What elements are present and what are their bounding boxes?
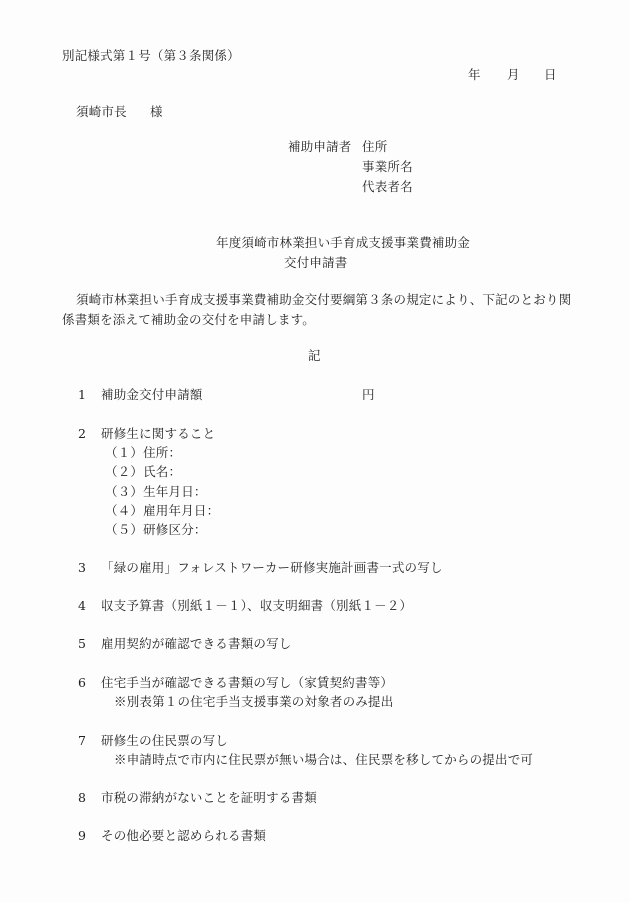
body-line1: 須崎市林業担い手育成支援事業費補助金交付要綱第３条の規定により、下記のとおり関 xyxy=(76,292,571,308)
subitem-name: （２）氏名： xyxy=(105,464,181,480)
applicant-address-label: 住所 xyxy=(362,139,387,155)
item-text: 市税の滞納がないことを証明する書類 xyxy=(101,790,317,806)
item-number: 8 xyxy=(78,790,86,806)
document-title-line2: 交付申請書 xyxy=(284,255,348,271)
item-number: 4 xyxy=(78,598,86,614)
subitem-birthdate: （３）生年月日： xyxy=(105,484,207,500)
yen-suffix: 円 xyxy=(362,387,375,403)
item-text: 収支予算書（別紙１－１）、収支明細書（別紙１－２） xyxy=(101,598,412,614)
item-text: その他必要と認められる書類 xyxy=(101,828,266,844)
item-number: 9 xyxy=(78,828,86,844)
subitem-employment-date: （４）雇用年月日： xyxy=(105,503,219,519)
item-text: 補助金交付申請額 xyxy=(101,387,203,403)
subitem-address: （１）住所： xyxy=(105,445,181,461)
item-text: 研修生に関すること xyxy=(101,426,215,442)
addressee-name: 須崎市長 xyxy=(76,104,127,120)
addressee-honorific: 様 xyxy=(150,104,163,120)
document-title-line1: 年度須崎市林業担い手育成支援事業費補助金 xyxy=(216,235,470,251)
item-text: 住宅手当が確認できる書類の写し（家賃契約書等） xyxy=(101,675,393,691)
item-note: ※申請時点で市内に住民票が無い場合は、住民票を移してからの提出で可 xyxy=(114,752,533,768)
item-number: 3 xyxy=(78,560,86,576)
applicant-label: 補助申請者 xyxy=(288,139,352,155)
body-line2: 係書類を添えて補助金の交付を申請します。 xyxy=(62,312,315,328)
subitem-training-category: （５）研修区分： xyxy=(105,522,207,538)
item-number: 6 xyxy=(78,675,86,691)
item-number: 2 xyxy=(78,426,86,442)
date-month-label: 月 xyxy=(507,67,520,83)
item-text: 「緑の雇用」フォレストワーカー研修実施計画書一式の写し xyxy=(101,560,443,576)
applicant-business-name-label: 事業所名 xyxy=(362,159,413,175)
item-number: 7 xyxy=(78,733,86,749)
item-number: 1 xyxy=(78,387,86,403)
form-id-label: 別記様式第１号（第３条関係） xyxy=(62,48,240,64)
item-number: 5 xyxy=(78,636,86,652)
date-day-label: 日 xyxy=(544,67,557,83)
date-year-label: 年 xyxy=(468,67,481,83)
item-text: 研修生の住民票の写し xyxy=(101,733,228,749)
item-text: 雇用契約が確認できる書類の写し xyxy=(101,636,292,652)
applicant-representative-label: 代表者名 xyxy=(362,179,413,195)
item-note: ※別表第１の住宅手当支援事業の対象者のみ提出 xyxy=(114,694,393,710)
ki-heading: 記 xyxy=(308,348,321,364)
